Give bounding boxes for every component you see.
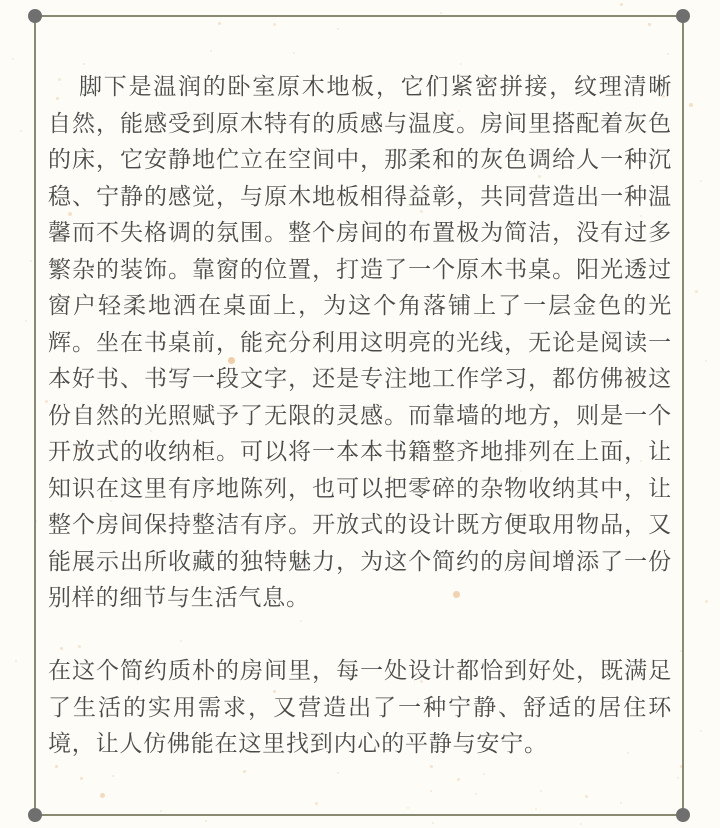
speckle-dot: [30, 260, 32, 262]
speckle-dot: [25, 320, 27, 322]
paragraph: 在这个简约质朴的房间里，每一处设计都恰到好处，既满足了生活的实用需求，又营造出了…: [48, 652, 672, 762]
speckle-dot: [205, 820, 207, 822]
speckle-dot: [432, 822, 434, 824]
document-text: 脚下是温润的卧室原木地板，它们紧密拼接，纹理清晰自然，能感受到原木特有的质感与温…: [48, 68, 672, 762]
speckle-dot: [620, 3, 623, 6]
corner-dot-icon: [676, 808, 690, 822]
speckle-dot: [689, 103, 693, 107]
page: 脚下是温润的卧室原木地板，它们紧密拼接，纹理清晰自然，能感受到原木特有的质感与温…: [0, 0, 720, 828]
speckle-dot: [700, 180, 702, 182]
speckle-dot: [15, 660, 17, 662]
speckle-dot: [705, 600, 708, 603]
speckle-dot: [440, 12, 442, 14]
speckle-dot: [695, 290, 698, 293]
speckle-dot: [700, 730, 702, 732]
speckle-dot: [705, 360, 707, 362]
paragraph: 脚下是温润的卧室原木地板，它们紧密拼接，纹理清晰自然，能感受到原木特有的质感与温…: [48, 68, 672, 616]
corner-dot-icon: [676, 9, 690, 23]
corner-dot-icon: [28, 808, 42, 822]
corner-dot-icon: [28, 9, 42, 23]
speckle-dot: [12, 58, 14, 60]
speckle-dot: [20, 130, 22, 132]
speckle-dot: [580, 823, 582, 825]
